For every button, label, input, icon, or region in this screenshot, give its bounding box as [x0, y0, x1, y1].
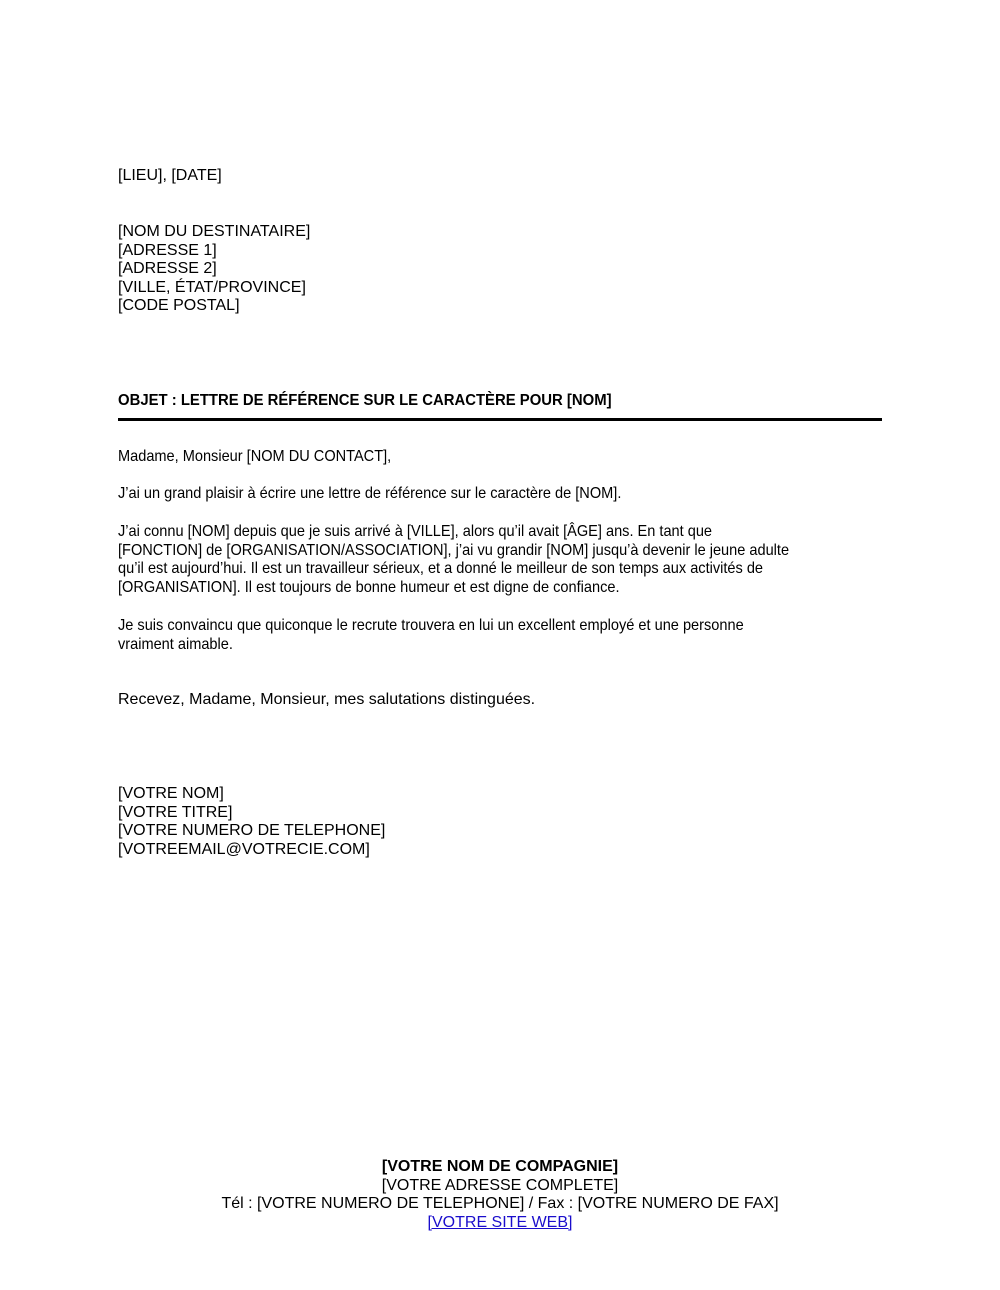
paragraph-1: J’ai un grand plaisir à écrire une lettr… — [118, 485, 621, 504]
closing-text: Recevez, Madame, Monsieur, mes salutatio… — [118, 691, 535, 710]
recipient-postal-code: [CODE POSTAL] — [118, 297, 310, 316]
letter-page: [LIEU], [DATE] [NOM DU DESTINATAIRE] [AD… — [0, 0, 1000, 1290]
paragraph-1-text: J’ai un grand plaisir à écrire une lettr… — [118, 485, 621, 504]
place-date-text: [LIEU], [DATE] — [118, 167, 222, 186]
paragraph-2-line: J’ai connu [NOM] depuis que je suis arri… — [118, 523, 789, 542]
paragraph-2-line: [ORGANISATION]. Il est toujours de bonne… — [118, 579, 789, 598]
footer-company-name: [VOTRE NOM DE COMPAGNIE] — [0, 1158, 1000, 1177]
recipient-address: [NOM DU DESTINATAIRE] [ADRESSE 1] [ADRES… — [118, 223, 310, 316]
footer-contact: Tél : [VOTRE NUMERO DE TELEPHONE] / Fax … — [0, 1195, 1000, 1214]
footer-address: [VOTRE ADRESSE COMPLETE] — [0, 1177, 1000, 1196]
recipient-city-state: [VILLE, ÉTAT/PROVINCE] — [118, 279, 310, 298]
salutation-text: Madame, Monsieur [NOM DU CONTACT], — [118, 448, 391, 467]
paragraph-2-line: qu’il est aujourd’hui. Il est un travail… — [118, 560, 789, 579]
subject-divider — [118, 418, 882, 421]
subject-line: OBJET : LETTRE DE RÉFÉRENCE SUR LE CARAC… — [118, 392, 612, 410]
recipient-address-1: [ADRESSE 1] — [118, 242, 310, 261]
paragraph-3: Je suis convaincu que quiconque le recru… — [118, 617, 744, 654]
signature-title: [VOTRE TITRE] — [118, 804, 385, 823]
closing: Recevez, Madame, Monsieur, mes salutatio… — [118, 691, 535, 710]
paragraph-3-line: vraiment aimable. — [118, 636, 744, 655]
signature-name: [VOTRE NOM] — [118, 785, 385, 804]
recipient-name: [NOM DU DESTINATAIRE] — [118, 223, 310, 242]
place-date: [LIEU], [DATE] — [118, 167, 222, 186]
paragraph-3-line: Je suis convaincu que quiconque le recru… — [118, 617, 744, 636]
paragraph-2-line: [FONCTION] de [ORGANISATION/ASSOCIATION]… — [118, 542, 789, 561]
signature-block: [VOTRE NOM] [VOTRE TITRE] [VOTRE NUMERO … — [118, 785, 385, 859]
footer-website-link[interactable]: [VOTRE SITE WEB] — [428, 1214, 573, 1231]
company-footer: [VOTRE NOM DE COMPAGNIE] [VOTRE ADRESSE … — [0, 1158, 1000, 1232]
signature-email: [VOTREEMAIL@VOTRECIE.COM] — [118, 841, 385, 860]
signature-phone: [VOTRE NUMERO DE TELEPHONE] — [118, 822, 385, 841]
recipient-address-2: [ADRESSE 2] — [118, 260, 310, 279]
salutation: Madame, Monsieur [NOM DU CONTACT], — [118, 448, 391, 467]
paragraph-2: J’ai connu [NOM] depuis que je suis arri… — [118, 523, 789, 597]
